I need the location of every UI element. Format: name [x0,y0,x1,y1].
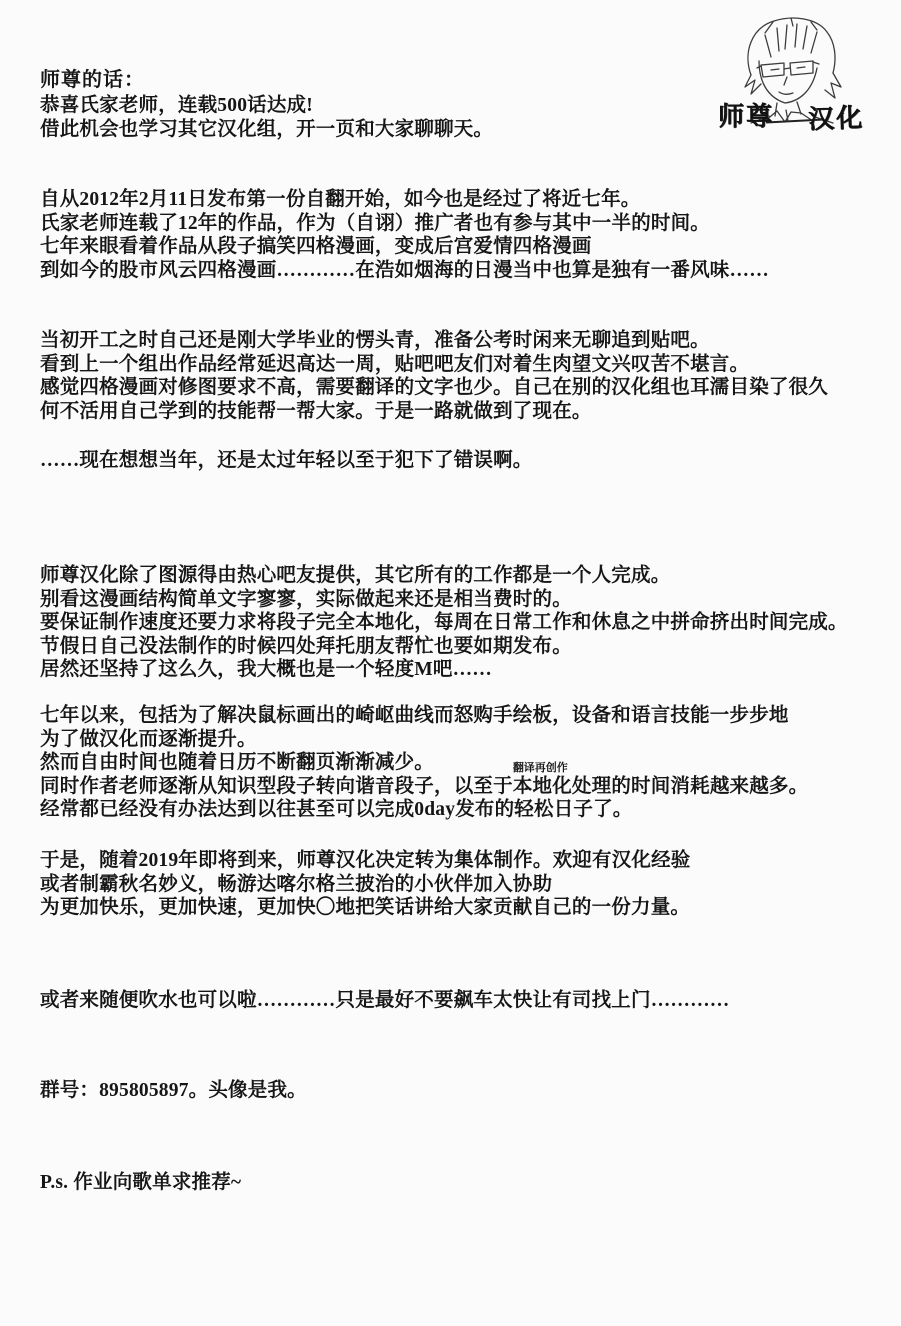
text-line: 要保证制作速度还要力求将段子完全本地化，每周在日常工作和休息之中拼命挤出时间完成… [40,611,881,635]
paragraph-recruiting: 于是，随着2019年即将到来，师尊汉化决定转为集体制作。欢迎有汉化经验 或者制霸… [40,849,881,920]
paragraph-postscript: P.s. 作业向歌单求推荐~ [40,1171,881,1195]
text-line: 氏家老师连载了12年的作品，作为（自诩）推广者也有参与其中一半的时间。 [40,212,881,236]
text-line: 何不活用自己学到的技能帮一帮大家。于是一路就做到了现在。 [40,400,881,424]
ruby-before: 同时作者老师逐渐从知识型段子转向谐音段子，以至于 [40,776,513,797]
text-line: 为了做汉化而逐渐提升。 [40,728,881,752]
paragraph-origin: 当初开工之时自己还是刚大学毕业的愣头青，准备公考时闲来无聊追到贴吧。 看到上一个… [40,329,881,423]
paragraph-greeting: 恭喜氏家老师，连载500话达成! 借此机会也学习其它汉化组，开一页和大家聊聊天。 [40,94,881,141]
text-line: ……现在想想当年，还是太过年轻以至于犯下了错误啊。 [40,449,881,473]
text-line: 当初开工之时自己还是刚大学毕业的愣头青，准备公考时闲来无聊追到贴吧。 [40,329,881,353]
paragraph-reflection: ……现在想想当年，还是太过年轻以至于犯下了错误啊。 [40,449,881,473]
text-line: 为更加快乐，更加快速，更加快〇地把笑话讲给大家贡献自己的一份力量。 [40,896,881,920]
text-line: 群号：895805897。头像是我。 [40,1079,881,1103]
text-line-with-ruby: 同时作者老师逐渐从知识型段子转向谐音段子，以至于翻译再创作本地化处理的时间消耗越… [40,775,881,799]
translator-note-page: 师尊的话： [0,0,901,1326]
text-line: 或者来随便吹水也可以啦…………只是最好不要飙车太快让有司找上门………… [40,989,881,1013]
text-line: 到如今的股市风云四格漫画…………在浩如烟海的日漫当中也算是独有一番风味…… [40,259,881,283]
text-line: 看到上一个组出作品经常延迟高达一周，贴吧吧友们对着生肉望文兴叹苦不堪言。 [40,353,881,377]
ruby-group: 翻译再创作本地化 [513,775,572,799]
ruby-base: 本地化 [513,776,572,797]
text-line: 然而自由时间也随着日历不断翻页渐渐减少。 [40,751,881,775]
text-line: 别看这漫画结构简单文字寥寥，实际做起来还是相当费时的。 [40,588,881,612]
text-line: 或者制霸秋名妙义，畅游达喀尔格兰披治的小伙伴加入协助 [40,873,881,897]
ruby-after: 处理的时间消耗越来越多。 [572,776,808,797]
text-line: 七年来眼看着作品从段子搞笑四格漫画，变成后宫爱情四格漫画 [40,235,881,259]
text-line: 恭喜氏家老师，连载500话达成! [40,94,881,118]
text-line: 七年以来，包括为了解决鼠标画出的崎岖曲线而怒购手绘板，设备和语言技能一步步地 [40,704,881,728]
paragraph-group-number: 群号：895805897。头像是我。 [40,1079,881,1103]
text-line: 自从2012年2月11日发布第一份自翻开始，如今也是经过了将近七年。 [40,188,881,212]
text-line: 感觉四格漫画对修图要求不高，需要翻译的文字也少。自己在别的汉化组也耳濡目染了很久 [40,376,881,400]
text-line: 居然还坚持了这么久，我大概也是一个轻度M吧…… [40,658,881,682]
text-line: 经常都已经没有办法达到以往甚至可以完成0day发布的轻松日子了。 [40,798,881,822]
text-line: 师尊汉化除了图源得由热心吧友提供，其它所有的工作都是一个人完成。 [40,564,881,588]
text-line: 于是，随着2019年即将到来，师尊汉化决定转为集体制作。欢迎有汉化经验 [40,849,881,873]
text-line: 借此机会也学习其它汉化组，开一页和大家聊聊天。 [40,118,881,142]
paragraph-skills: 七年以来，包括为了解决鼠标画出的崎岖曲线而怒购手绘板，设备和语言技能一步步地 为… [40,704,881,822]
paragraph-history: 自从2012年2月11日发布第一份自翻开始，如今也是经过了将近七年。 氏家老师连… [40,188,881,282]
page-title: 师尊的话： [40,63,145,92]
text-line: 节假日自己没法制作的时候四处拜托朋友帮忙也要如期发布。 [40,635,881,659]
paragraph-workload: 师尊汉化除了图源得由热心吧友提供，其它所有的工作都是一个人完成。 别看这漫画结构… [40,564,881,682]
ruby-annotation: 翻译再创作 [513,763,568,774]
text-line: P.s. 作业向歌单求推荐~ [40,1171,881,1195]
paragraph-chat-invite: 或者来随便吹水也可以啦…………只是最好不要飙车太快让有司找上门………… [40,989,881,1013]
